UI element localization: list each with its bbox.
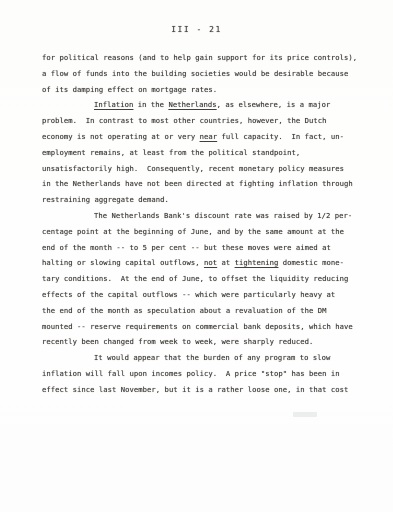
text-segment: in the	[133, 100, 168, 109]
text-line: of its damping effect on mortgage rates.	[42, 82, 372, 98]
text-segment: at	[217, 258, 235, 267]
text-segment: a flow of funds into the building societ…	[42, 69, 348, 78]
text-segment: end of the month -- to 5 per cent -- but…	[42, 243, 331, 252]
text-segment: restraining aggregate demand.	[42, 195, 169, 204]
text-segment: recently been changed from week to week,…	[42, 337, 313, 346]
text-segment: , as elsewhere, is a major	[217, 100, 331, 109]
text-line: unsatisfactorily high. Consequently, rec…	[42, 161, 372, 177]
text-line: problem. In contrast to most other count…	[42, 113, 372, 129]
text-line: economy is not operating at or very near…	[42, 129, 372, 145]
text-line: recently been changed from week to week,…	[42, 334, 372, 350]
text-line: effects of the capital outflows -- which…	[42, 287, 372, 303]
text-segment: effect since last November, but it is a …	[42, 385, 348, 394]
text-segment: unsatisfactorily high. Consequently, rec…	[42, 164, 344, 173]
text-segment: full capacity. In fact, un-	[217, 132, 344, 141]
text-line: in the Netherlands have not been directe…	[42, 176, 372, 192]
text-segment: tary conditions. At the end of June, to …	[42, 274, 348, 283]
underlined-text: not	[204, 258, 217, 267]
text-line: It would appear that the burden of any p…	[42, 350, 372, 366]
text-line: inflation will fall upon incomes policy.…	[42, 366, 372, 382]
scanned-document-page: III - 21 for political reasons (and to h…	[0, 0, 393, 512]
text-line: effect since last November, but it is a …	[42, 382, 372, 398]
underlined-text: tightening	[235, 258, 279, 267]
text-line: end of the month -- to 5 per cent -- but…	[42, 240, 372, 256]
text-segment: The Netherlands Bank's discount rate was…	[94, 211, 352, 220]
text-segment: problem. In contrast to most other count…	[42, 116, 327, 125]
text-segment: inflation will fall upon incomes policy.…	[42, 369, 340, 378]
text-segment: employment remains, at least from the po…	[42, 148, 300, 157]
text-line: centage point at the beginning of June, …	[42, 224, 372, 240]
text-line: tary conditions. At the end of June, to …	[42, 271, 372, 287]
text-line: halting or slowing capital outflows, not…	[42, 255, 372, 271]
underlined-text: Inflation	[94, 100, 133, 109]
text-segment: economy is not operating at or very	[42, 132, 200, 141]
text-line: restraining aggregate demand.	[42, 192, 372, 208]
text-segment: mounted -- reserve requirements on comme…	[42, 322, 353, 331]
text-segment: halting or slowing capital outflows,	[42, 258, 204, 267]
underlined-text: Netherlands	[168, 100, 216, 109]
document-body: for political reasons (and to help gain …	[42, 50, 372, 398]
underlined-text: near	[200, 132, 218, 141]
text-line: the end of the month as speculation abou…	[42, 303, 372, 319]
text-line: a flow of funds into the building societ…	[42, 66, 372, 82]
text-segment: for political reasons (and to help gain …	[42, 53, 357, 62]
text-segment: domestic mone-	[278, 258, 344, 267]
text-segment: of its damping effect on mortgage rates.	[42, 85, 217, 94]
text-segment: It would appear that the burden of any p…	[94, 353, 330, 362]
text-line: The Netherlands Bank's discount rate was…	[42, 208, 372, 224]
scan-smudge-artifact	[293, 412, 317, 417]
text-line: Inflation in the Netherlands, as elsewhe…	[42, 97, 372, 113]
text-segment: in the Netherlands have not been directe…	[42, 179, 353, 188]
text-segment: effects of the capital outflows -- which…	[42, 290, 335, 299]
text-line: employment remains, at least from the po…	[42, 145, 372, 161]
text-line: for political reasons (and to help gain …	[42, 50, 372, 66]
page-number-header: III - 21	[0, 25, 393, 34]
text-line: mounted -- reserve requirements on comme…	[42, 319, 372, 335]
text-segment: the end of the month as speculation abou…	[42, 306, 327, 315]
text-segment: centage point at the beginning of June, …	[42, 227, 344, 236]
